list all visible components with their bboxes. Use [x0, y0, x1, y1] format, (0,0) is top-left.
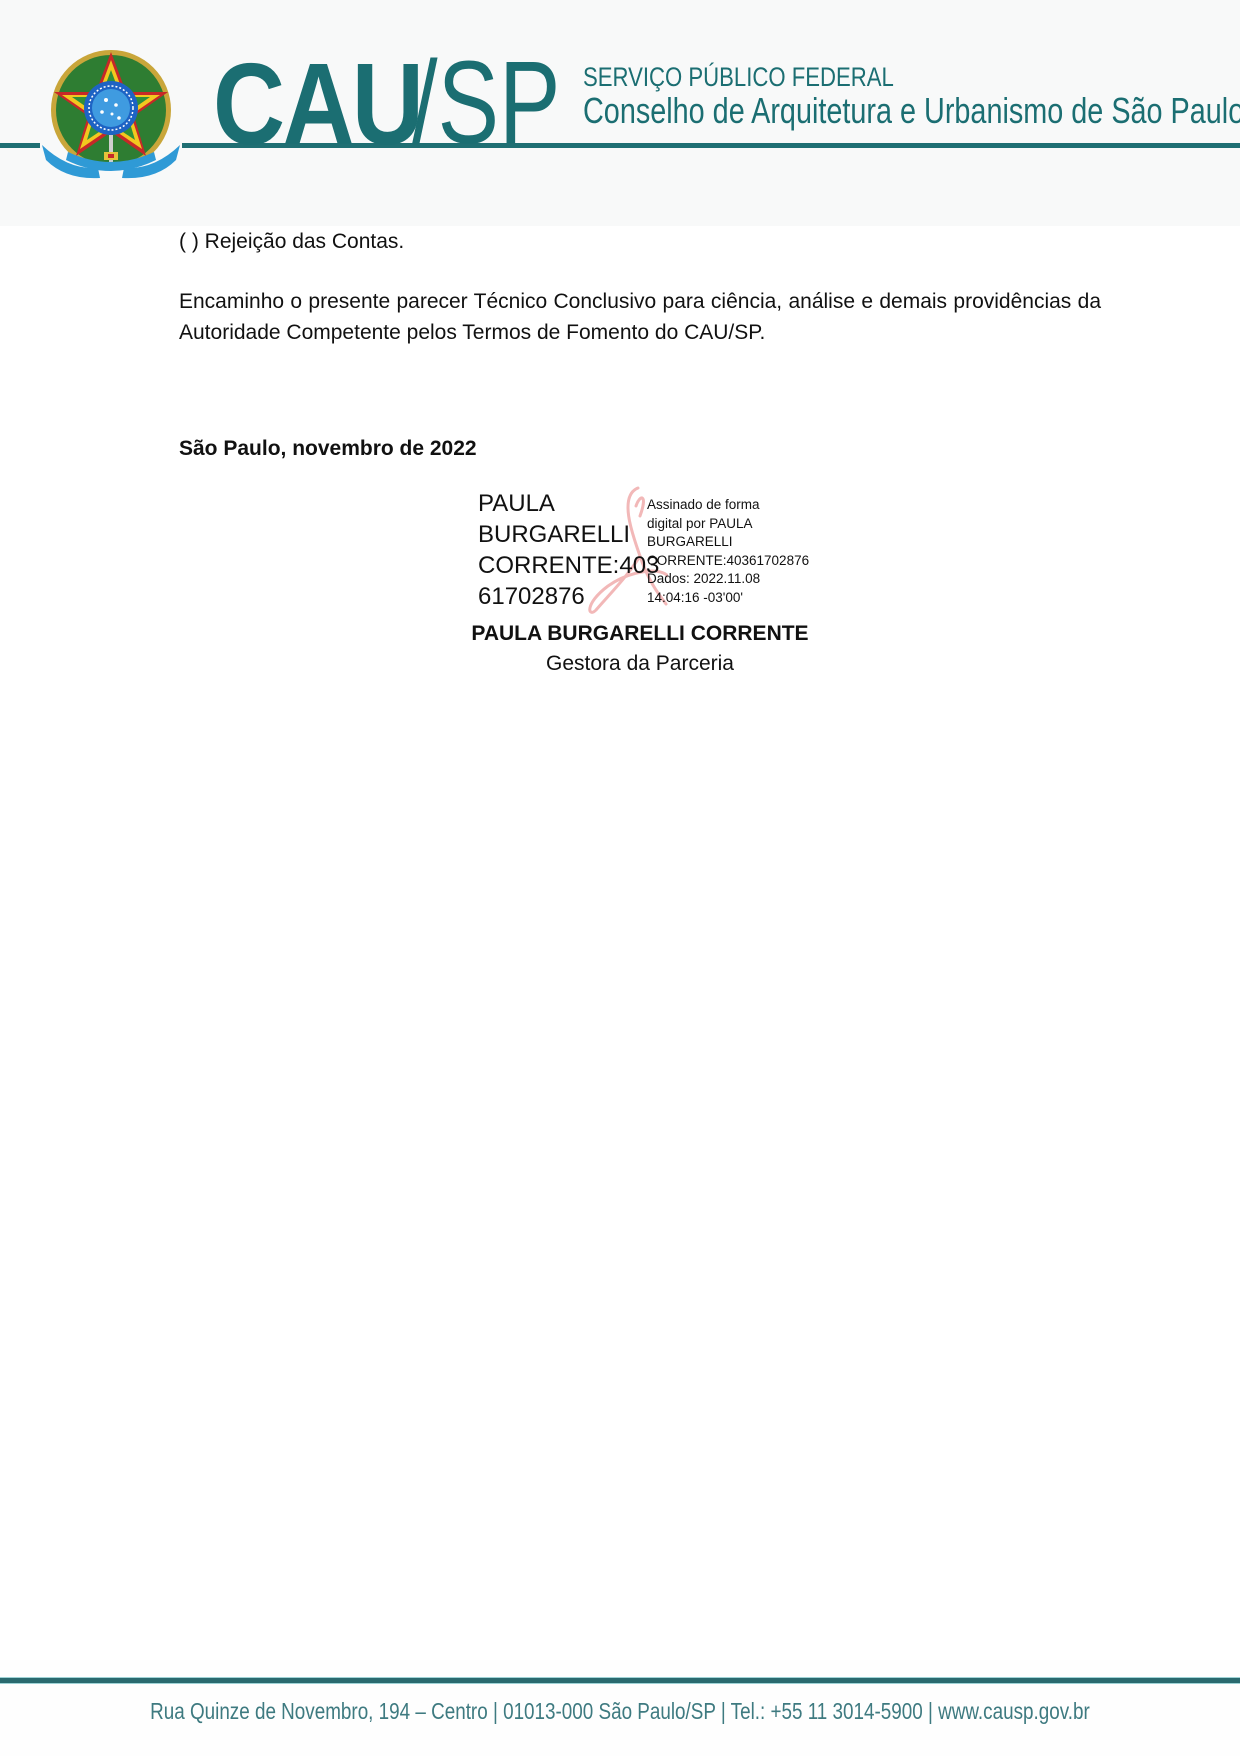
- rejection-option: ( ) Rejeição das Contas.: [179, 226, 1101, 257]
- signature-name-stamp: PAULA BURGARELLI CORRENTE:403 61702876: [478, 488, 659, 612]
- letterhead: CAU /SP SERVIÇO PÚBLICO FEDERAL Conselho…: [0, 0, 1240, 226]
- footer-address-text: Rua Quinze de Novembro, 194 – Centro | 0…: [150, 1698, 1090, 1725]
- signer-role: Gestora da Parceria: [400, 652, 880, 676]
- brazil-coat-of-arms-icon: [38, 40, 184, 190]
- org-service-label: SERVIÇO PÚBLICO FEDERAL: [583, 62, 894, 93]
- org-name: Conselho de Arquitetura e Urbanismo de S…: [583, 90, 1240, 132]
- signature-details: Assinado de forma digital por PAULA BURG…: [647, 496, 809, 607]
- place-date: São Paulo, novembro de 2022: [179, 437, 477, 461]
- forwarding-paragraph: Encaminho o presente parecer Técnico Con…: [179, 286, 1101, 348]
- header-rule: [0, 143, 40, 148]
- digital-signature: PAULA BURGARELLI CORRENTE:403 61702876 A…: [478, 488, 818, 618]
- footer-rule: [0, 1677, 1240, 1684]
- signer-name: PAULA BURGARELLI CORRENTE: [400, 622, 880, 646]
- logo-cau: CAU: [213, 46, 421, 162]
- footer-address: Rua Quinze de Novembro, 194 – Centro | 0…: [0, 1698, 1240, 1725]
- logo-sp: /SP: [412, 44, 560, 162]
